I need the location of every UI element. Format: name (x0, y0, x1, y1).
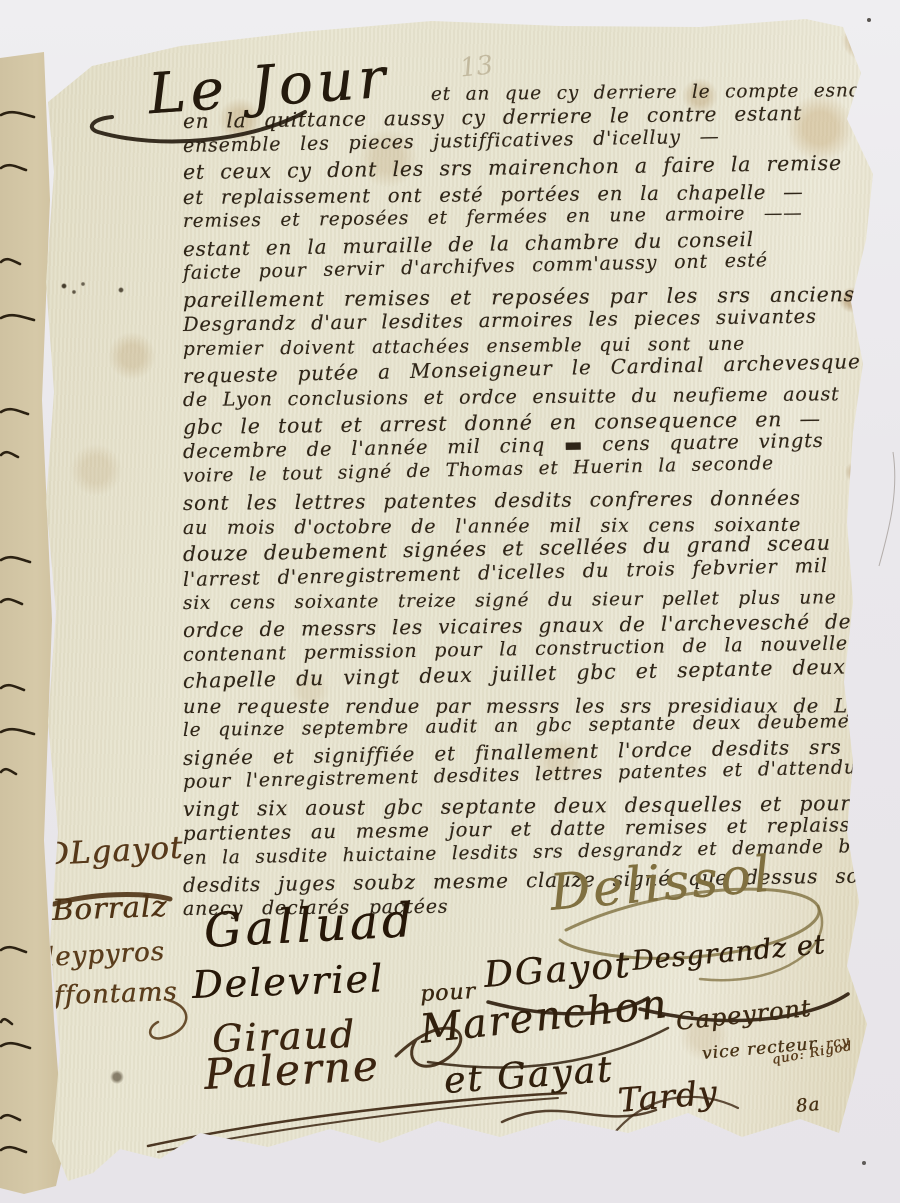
signature-delevriel: Delevriel (191, 959, 384, 1004)
facing-page-stroke (1, 165, 26, 170)
signature-borralz: Borralz (51, 892, 167, 925)
dust-speck (862, 1161, 866, 1165)
signature-delissol: Delissol (548, 849, 775, 918)
facing-page-stroke (1, 729, 34, 734)
facing-page-stroke (1, 557, 30, 562)
signature-desgrandz-et: Desgrandz et (631, 931, 827, 975)
facing-page-stroke (1, 947, 26, 952)
stray-fiber (879, 452, 895, 566)
facing-page-stroke (1, 1043, 30, 1048)
facing-page-stroke (1, 1115, 20, 1120)
signature-et-gayat: et Gayat (443, 1052, 615, 1100)
dust-speck (867, 18, 871, 22)
facing-page-stroke (1, 409, 28, 414)
manuscript-page: Le Jour 13 et an que cy derriere le comp… (0, 0, 900, 1203)
facing-page-stroke (1, 599, 22, 604)
signature-dlgayot: DLgayot (43, 833, 184, 871)
facing-page-stroke (1, 1019, 12, 1024)
signature-capeyront: Capeyront (675, 996, 813, 1034)
facing-page-stroke (1, 259, 20, 264)
signatures: DLgayotBorralzAleypyrosEffontamsDelissol… (0, 0, 900, 1203)
facing-page-stroke (1, 1147, 26, 1152)
photo-background: Le Jour 13 et an que cy derriere le comp… (0, 0, 900, 1203)
facing-page-stroke (1, 685, 24, 690)
facing-page-stroke (1, 769, 16, 774)
signature-8a: 8a (795, 1096, 821, 1116)
signature-palerne: Palerne (203, 1045, 381, 1096)
signature-galluad: Galluad (203, 897, 417, 955)
facing-page-stroke (1, 452, 18, 457)
facing-page-stroke (1, 112, 34, 117)
signature-tardy: Tardy (617, 1075, 719, 1117)
facing-page-stroke (1, 315, 34, 320)
